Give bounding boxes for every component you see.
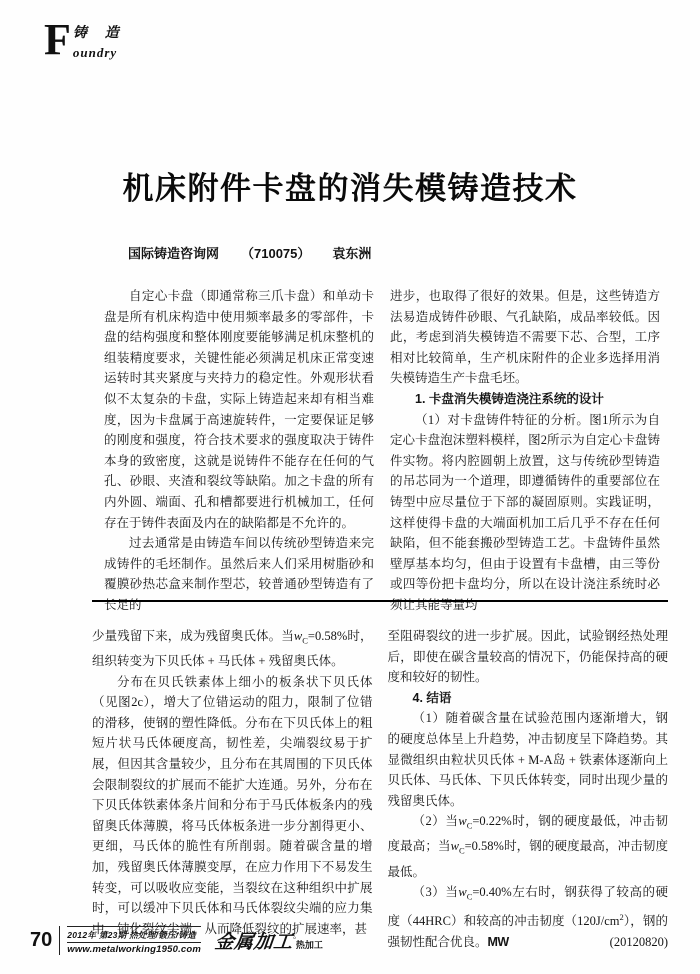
paragraph: 过去通常是由铸造车间以传统砂型铸造来完成铸件的毛坯制作。虽然后来人们采用树脂砂和… xyxy=(104,533,374,615)
article-body: 自定心卡盘（即通常称三爪卡盘）和单动卡盘是所有机床构造中使用频率最多的零部件，卡… xyxy=(104,286,660,616)
logo-suffix-label: 热加工 xyxy=(296,940,323,950)
text-run: 少量残留下来，成为残留奥氏体。当 xyxy=(92,629,294,643)
foundry-logo-chinese-label: 铸 造 xyxy=(73,22,126,42)
article-column-right: 进步，也取得了很好的效果。但是，这些铸造方法易造成铸件砂眼、气孔缺陷，成品率较低… xyxy=(390,286,660,616)
text-run: （3）当 xyxy=(413,885,459,899)
text-run: （2）当 xyxy=(413,814,459,828)
foundry-logo-text: 铸 造 oundry xyxy=(73,22,126,61)
section-heading: 1. 卡盘消失模铸造浇注系统的设计 xyxy=(390,389,660,410)
paragraph: （1）对卡盘铸件特征的分析。图1所示为自定心卡盘泡沫塑料模样，图2所示为自定心卡… xyxy=(390,410,660,616)
logo-script-text: 金属加工 xyxy=(214,927,295,954)
journal-page: F 铸 造 oundry 机床附件卡盘的消失模铸造技术 国际铸造咨询网（7100… xyxy=(0,0,700,974)
column-masthead: F 铸 造 oundry xyxy=(44,18,126,62)
paragraph: 少量残留下来，成为残留奥氏体。当wC=0.58%时，组织转变为下贝氏体 + 马氏… xyxy=(92,626,373,672)
section-heading: 4. 结语 xyxy=(388,688,669,709)
page-footer: 70 2012年 第23期 热处理/锻压/铸造 www.metalworking… xyxy=(30,926,323,955)
variable-symbol: w xyxy=(451,839,459,853)
foundry-logo-letter: F xyxy=(44,18,71,62)
paragraph: （3）当wC=0.40%左右时，钢获得了较高的硬度（44HRC）和较高的冲击韧度… xyxy=(388,882,669,952)
paragraph: 分布在贝氏铁素体上细小的板条状下贝氏体（见图2c），增大了位错运动的阻力，限制了… xyxy=(92,672,373,940)
page-number: 70 xyxy=(30,929,52,952)
article-title: 机床附件卡盘的消失模铸造技术 xyxy=(0,163,700,208)
paragraph: （2）当wC=0.22%时，钢的硬度最低，冲击韧度最高；当wC=0.58%时，钢… xyxy=(388,811,669,882)
end-of-article-mark: MW xyxy=(488,935,509,949)
paragraph: 至阻碍裂纹的进一步扩展。因此，试验钢经热处理后，即使在碳含量较高的情况下，仍能保… xyxy=(388,626,669,688)
website-url: www.metalworking1950.com xyxy=(67,943,201,955)
variable-symbol: w xyxy=(294,629,302,643)
continued-column-left: 少量残留下来，成为残留奥氏体。当wC=0.58%时，组织转变为下贝氏体 + 马氏… xyxy=(92,626,373,953)
issue-line: 2012年 第23期 热处理/锻压/铸造 xyxy=(67,926,201,943)
continued-article-body: 少量残留下来，成为残留奥氏体。当wC=0.58%时，组织转变为下贝氏体 + 马氏… xyxy=(92,626,668,953)
continued-column-right: 至阻碍裂纹的进一步扩展。因此，试验钢经热处理后，即使在碳含量较高的情况下，仍能保… xyxy=(388,626,669,953)
issue-info-block: 2012年 第23期 热处理/锻压/铸造 www.metalworking195… xyxy=(59,926,201,955)
variable-symbol: w xyxy=(458,814,466,828)
byline-postcode: （710075） xyxy=(241,246,310,261)
metalworking-magazine-logo: 金属加工°热加工 xyxy=(215,927,323,954)
byline: 国际铸造咨询网（710075）袁东洲 xyxy=(128,243,393,262)
byline-affiliation: 国际铸造咨询网 xyxy=(128,246,219,261)
paragraph: 自定心卡盘（即通常称三爪卡盘）和单动卡盘是所有机床构造中使用频率最多的零部件，卡… xyxy=(104,286,374,533)
article-separator-rule xyxy=(92,600,668,602)
variable-symbol: w xyxy=(458,885,466,899)
article-column-left: 自定心卡盘（即通常称三爪卡盘）和单动卡盘是所有机床构造中使用频率最多的零部件，卡… xyxy=(104,286,374,616)
byline-author: 袁东洲 xyxy=(332,246,371,261)
manuscript-date: (20120820) xyxy=(585,932,668,953)
paragraph: 进步，也取得了很好的效果。但是，这些铸造方法易造成铸件砂眼、气孔缺陷，成品率较低… xyxy=(390,286,660,389)
foundry-logo-english-label: oundry xyxy=(73,45,126,61)
paragraph: （1）随着碳含量在试验范围内逐渐增大，钢的硬度总体呈上升趋势，冲击韧度呈下降趋势… xyxy=(388,708,669,811)
